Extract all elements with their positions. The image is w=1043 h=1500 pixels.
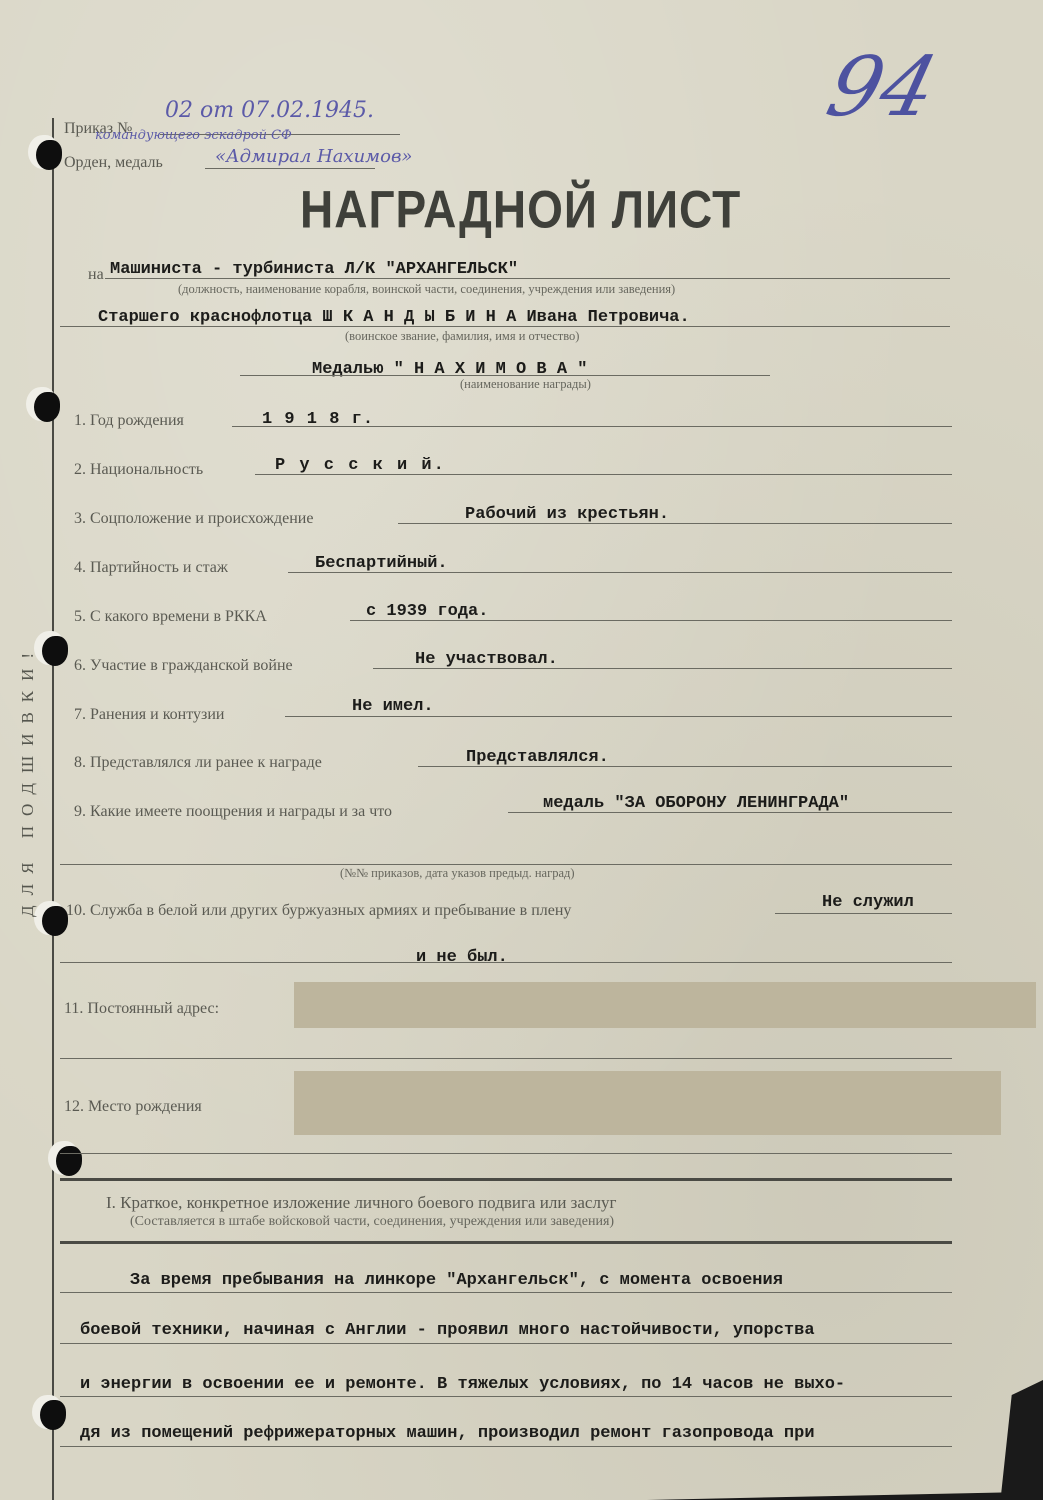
field-label-nationality: 2. Национальность xyxy=(74,461,203,479)
award-name-line xyxy=(240,375,770,376)
field-label-party: 4. Партийность и стаж xyxy=(74,559,228,577)
award-label: Орден, медаль xyxy=(64,154,163,172)
position-caption: (должность, наименование корабля, воинск… xyxy=(178,282,675,297)
order-issuer-handwritten: командующего эскадрой СФ xyxy=(95,128,292,143)
recipient-name: Старшего краснофлотца Ш К А Н Д Ы Б И Н … xyxy=(98,308,690,327)
field-value-white-army: Не служил xyxy=(822,893,914,912)
section-subheading: (Составляется в штабе войсковой части, с… xyxy=(130,1214,614,1230)
field-line xyxy=(60,1058,952,1059)
recipient-prefix: на xyxy=(88,266,104,284)
section-divider xyxy=(60,1241,952,1244)
field-line xyxy=(255,474,952,475)
field-line xyxy=(285,716,952,717)
section-heading: I. Краткое, конкретное изложение личного… xyxy=(106,1193,616,1213)
name-caption: (воинское звание, фамилия, имя и отчеств… xyxy=(345,329,579,344)
citation-line: дя из помещений рефрижераторных машин, п… xyxy=(80,1424,815,1443)
field-value-social: Рабочий из крестьян. xyxy=(465,505,669,524)
punch-hole-icon xyxy=(40,1400,66,1430)
document-title: НАГРАДНОЙ ЛИСТ xyxy=(300,178,741,240)
field-line xyxy=(60,1153,952,1154)
name-line xyxy=(60,326,950,327)
field-line xyxy=(775,913,952,914)
punch-hole-icon xyxy=(56,1146,82,1176)
field-line xyxy=(232,426,952,427)
field-line xyxy=(60,962,952,963)
field-label-social: 3. Соцположение и происхождение xyxy=(74,510,313,528)
field-line xyxy=(60,1343,952,1344)
binding-note: ДЛЯ ПОДШИВКИ! xyxy=(18,570,46,990)
recipient-position: Машиниста - турбиниста Л/К "АРХАНГЕЛЬСК" xyxy=(110,260,518,279)
section-divider xyxy=(60,1178,952,1181)
citation-line: За время пребывания на линкоре "Архангел… xyxy=(130,1271,783,1290)
award-name-caption: (наименование награды) xyxy=(460,377,591,392)
position-line xyxy=(105,278,950,279)
field-value-party: Беспартийный. xyxy=(315,554,448,573)
field-value-previous-award: Представлялся. xyxy=(466,748,609,767)
field-label-birthplace: 12. Место рождения xyxy=(64,1098,202,1116)
field-label-civil-war: 6. Участие в гражданской войне xyxy=(74,657,293,675)
field-line xyxy=(60,1396,952,1397)
field-value-white-army-cont: и не был. xyxy=(416,948,508,967)
award-handwritten: «Адмирал Нахимов» xyxy=(215,146,412,167)
field-value-awards: медаль "ЗА ОБОРОНУ ЛЕНИНГРАДА" xyxy=(543,794,849,813)
field-label-address: 11. Постоянный адрес: xyxy=(64,1000,219,1018)
binding-margin-line xyxy=(52,118,54,1500)
field-value-wounds: Не имел. xyxy=(352,697,434,716)
field-label-birth-year: 1. Год рождения xyxy=(74,412,184,430)
field-label-rkka: 5. С какого времени в РККА xyxy=(74,608,267,626)
field-label-previous-award: 8. Представлялся ли ранее к награде xyxy=(74,754,322,772)
field-label-awards: 9. Какие имеете поощрения и награды и за… xyxy=(74,803,392,821)
redacted-address xyxy=(294,982,1036,1028)
punch-hole-icon xyxy=(36,140,62,170)
citation-line: и энергии в освоении ее и ремонте. В тяж… xyxy=(80,1375,845,1394)
redacted-birthplace xyxy=(294,1071,1001,1135)
awards-caption: (№№ приказов, дата указов предыд. наград… xyxy=(340,866,575,881)
award-line xyxy=(205,168,375,169)
field-label-wounds: 7. Ранения и контузии xyxy=(74,706,224,724)
citation-line: боевой техники, начиная с Англии - прояв… xyxy=(80,1321,815,1340)
punch-hole-icon xyxy=(34,392,60,422)
order-number-handwritten: 02 от 07.02.1945. xyxy=(165,98,374,123)
field-line xyxy=(508,812,952,813)
field-line xyxy=(60,1292,952,1293)
field-value-civil-war: Не участвовал. xyxy=(415,650,558,669)
field-line xyxy=(373,668,952,669)
field-label-white-army: 10. Служба в белой или других буржуазных… xyxy=(66,902,571,920)
field-line xyxy=(60,864,952,865)
field-line xyxy=(398,523,952,524)
field-line xyxy=(60,1446,952,1447)
field-value-nationality: Р у с с к и й. xyxy=(275,456,446,475)
field-line xyxy=(350,620,952,621)
field-line xyxy=(288,572,952,573)
field-line xyxy=(418,766,952,767)
field-value-rkka: с 1939 года. xyxy=(366,602,488,621)
